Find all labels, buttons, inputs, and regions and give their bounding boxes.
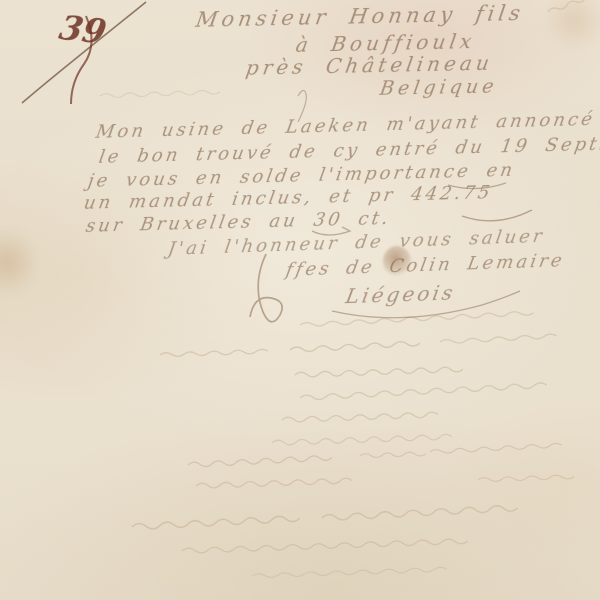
scan-vignette — [0, 0, 600, 600]
scanned-letter-page: { "document": { "page_number": "39", "ad… — [0, 0, 600, 600]
